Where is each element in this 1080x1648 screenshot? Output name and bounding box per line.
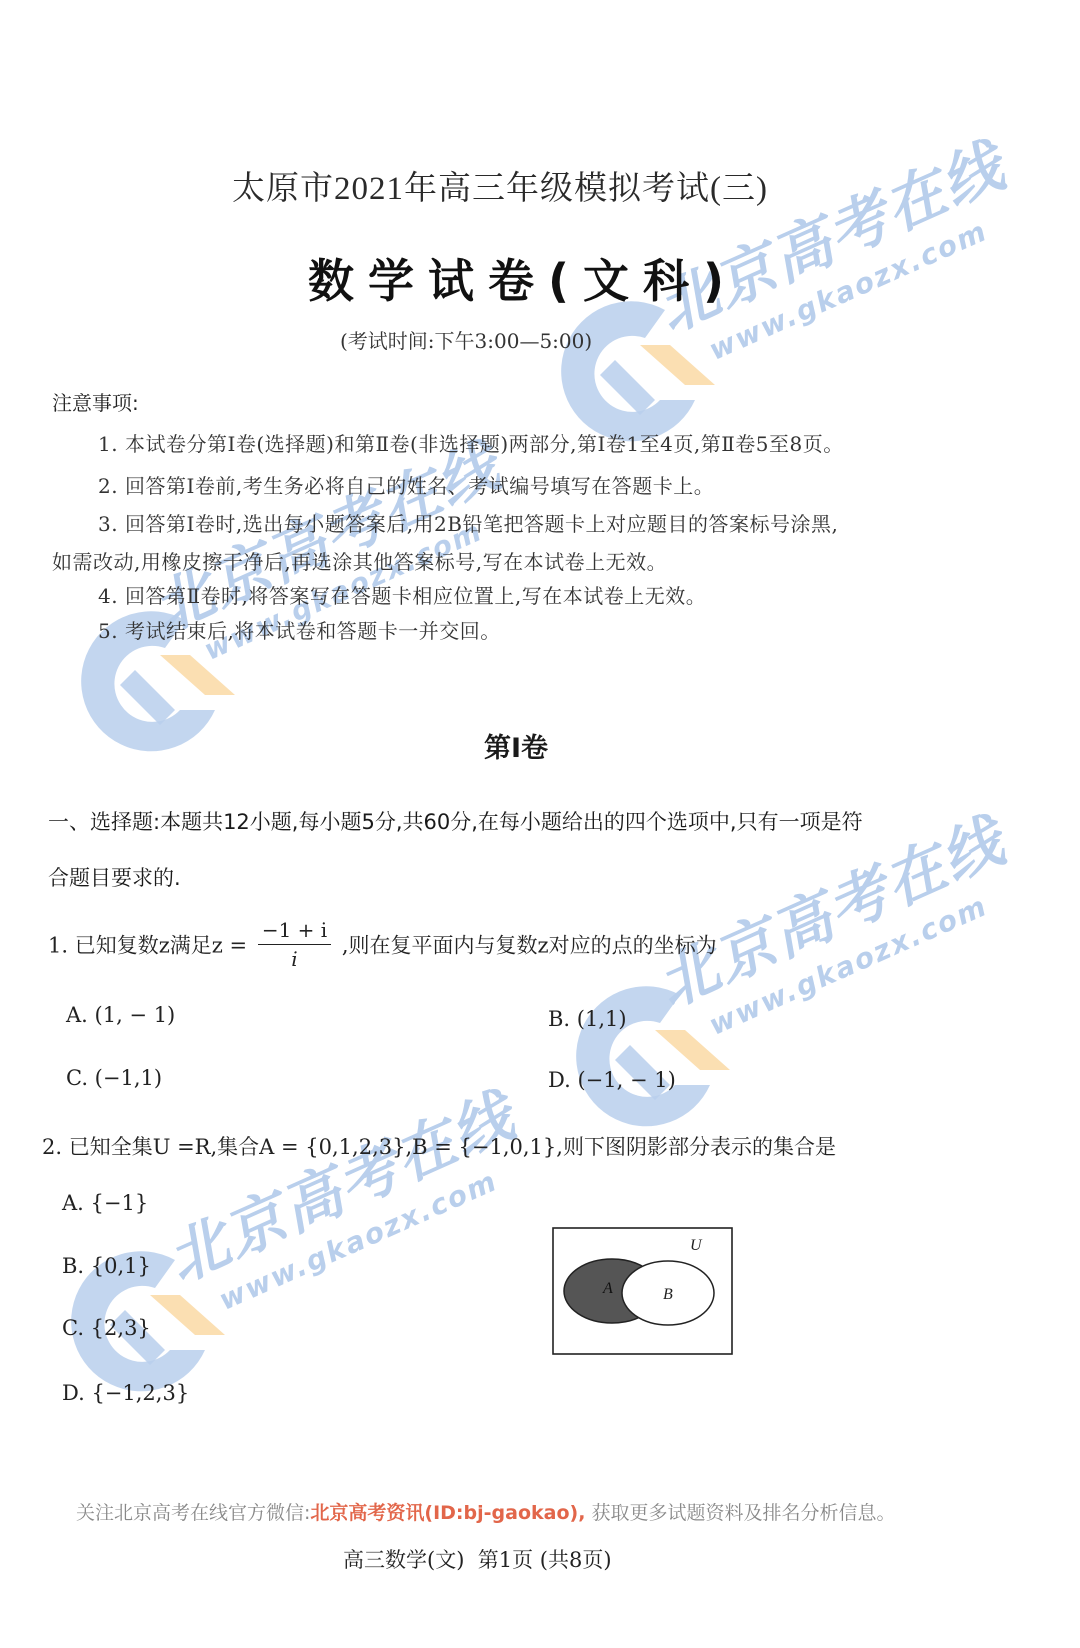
notice-item: 5. 考试结束后,将本试卷和答题卡一并交回。 — [98, 615, 501, 644]
promo-prefix: 关注北京高考在线官方微信: — [76, 1502, 310, 1524]
promo-wechat-id-link[interactable]: 北京高考资讯(ID:bj-gaokao), — [310, 1502, 585, 1524]
question-1-option-a: A. (1, − 1) — [66, 1003, 175, 1027]
question-2-stem: 2. 已知全集U =R,集合A = {0,1,2,3},B = {−1,0,1}… — [42, 1131, 836, 1161]
notice-title: 注意事项: — [52, 387, 139, 416]
notice-item: 3. 回答第Ⅰ卷时,选出每小题答案后,用2B铅笔把答题卡上对应题目的答案标号涂黑… — [98, 508, 838, 537]
question-2-option-b: B. {0,1} — [62, 1254, 151, 1278]
notice-item: 2. 回答第Ⅰ卷前,考生务必将自己的姓名、考试编号填写在答题卡上。 — [98, 470, 714, 499]
fraction-numerator: −1 + i — [258, 918, 331, 945]
gk-logo-icon — [560, 975, 730, 1145]
part-title: 第Ⅰ卷 — [484, 726, 548, 765]
venn-set-b-label: B — [663, 1286, 673, 1303]
venn-set-a-label: A — [602, 1280, 613, 1297]
promo-banner: 关注北京高考在线官方微信:北京高考资讯(ID:bj-gaokao), 获取更多试… — [76, 1498, 895, 1525]
question-1-stem-prefix: 1. 已知复数z满足z = — [48, 934, 247, 958]
question-2-option-c: C. {2,3} — [62, 1316, 151, 1340]
fraction-denominator: i — [258, 945, 331, 971]
page-footer: 高三数学(文) 第1页 (共8页) — [343, 1544, 612, 1574]
notice-item: 如需改动,用橡皮擦干净后,再选涂其他答案标号,写在本试卷上无效。 — [52, 546, 667, 575]
venn-universe-label: U — [690, 1237, 703, 1254]
question-2-option-a: A. {−1} — [62, 1191, 148, 1215]
question-1-stem: 1. 已知复数z满足z = −1 + i i ,则在复平面内与复数z对应的点的坐… — [48, 918, 717, 971]
venn-diagram: U A B — [550, 1225, 735, 1360]
watermark-text-bottom: 北京高考在线 www.gkaozx.com — [152, 1069, 540, 1329]
exam-title: 太原市2021年高三年级模拟考试(三) — [232, 162, 768, 209]
exam-time: (考试时间:下午3:00—5:00) — [340, 325, 592, 354]
question-2-option-d: D. {−1,2,3} — [62, 1381, 189, 1405]
notice-item: 4. 回答第Ⅱ卷时,将答案写在答题卡相应位置上,写在本试卷上无效。 — [98, 580, 706, 609]
section-intro: 合题目要求的. — [48, 862, 181, 892]
section-intro: 一、选择题:本题共12小题,每小题5分,共60分,在每小题给出的四个选项中,只有… — [48, 806, 863, 836]
notice-item: 1. 本试卷分第Ⅰ卷(选择题)和第Ⅱ卷(非选择题)两部分,第Ⅰ卷1至4页,第Ⅱ卷… — [98, 428, 844, 457]
question-1-option-d: D. (−1, − 1) — [548, 1068, 676, 1092]
subject-title: 数学试卷(文科) — [308, 245, 738, 311]
question-1-stem-suffix: ,则在复平面内与复数z对应的点的坐标为 — [342, 934, 717, 958]
promo-suffix: 获取更多试题资料及排名分析信息。 — [585, 1502, 895, 1524]
question-1-option-c: C. (−1,1) — [66, 1066, 162, 1090]
venn-diagram-figure: U A B — [550, 1225, 735, 1360]
watermark-logo-mid-right — [560, 975, 730, 1145]
fraction: −1 + i i — [258, 918, 331, 971]
question-1-option-b: B. (1,1) — [548, 1007, 627, 1031]
